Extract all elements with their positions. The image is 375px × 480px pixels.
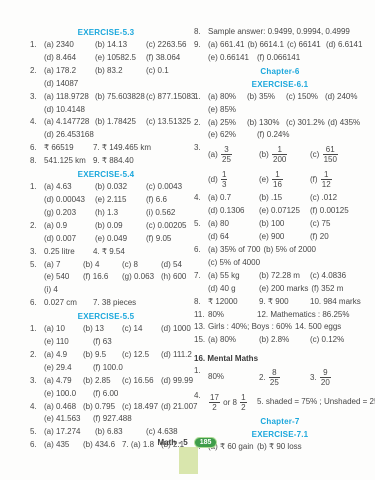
answer-cell: 80% — [208, 309, 254, 322]
answer-item: 3.(a) 325(b) 1200(c) 61150(d) 13(e) 116(… — [194, 142, 366, 192]
answer-row: (e) 29.4(f) 100.0 — [44, 362, 182, 375]
answer-cell: (c) 2263.56 — [146, 39, 182, 52]
answer-cell: (b) 1.78425 — [95, 116, 143, 129]
answer-rows: (a) 25%(b) 130%(c) 301.2%(d) 435%(e) 62%… — [208, 117, 366, 143]
answer-rows: (a) 7(b) 4(c) 8(d) 54(e) 540(f) 16.6(g) … — [44, 259, 182, 298]
answer-cell: (g) 0.063 — [122, 271, 158, 284]
answer-key-page: EXERCISE-5.31.(a) 2340(b) 14.13(c) 2263.… — [0, 0, 375, 480]
bottom-tab-strip — [179, 447, 198, 474]
item-number: 8. — [30, 155, 44, 168]
answer-row: (a) 4.63(b) 0.032(c) 0.0043 — [44, 181, 182, 194]
item-number: 1. — [30, 323, 44, 349]
item-number: 1. — [30, 181, 44, 220]
page-footer: Math - 5 185 — [0, 437, 375, 448]
answer-cell: (b) 75.603828 — [95, 91, 143, 104]
answer-cell: (c) 66141 — [287, 39, 323, 52]
answer-item: 4.(a) 0.7(b) .15(c) .012(d) 0.1306(e) 0.… — [194, 192, 366, 218]
answer-cell: (d) 26.453168 — [44, 129, 94, 142]
answer-cell: 9. ₹ 900 — [259, 296, 307, 309]
answer-rows: (a) 661.41(b) 6614.1(c) 66141(d) 6.6141(… — [208, 39, 366, 65]
answer-row: (d) 40 g(e) 200 marks(f) 352 m — [208, 283, 366, 296]
item-number: 9. — [194, 39, 208, 65]
answer-rows: 172 or 8 125. shaded = 75% ; Unshaded = … — [208, 390, 366, 415]
answer-cell: (h) 1.3 — [95, 207, 143, 220]
answer-cell: (f) 63 — [93, 336, 112, 349]
answer-cell: (a) 0.468 — [44, 401, 80, 414]
answer-row: 172 or 8 125. shaded = 75% ; Unshaded = … — [208, 390, 366, 415]
answer-cell: (a) 661.41 — [208, 39, 244, 52]
answer-cell: (a) 35% of 700 — [208, 244, 260, 257]
answer-row: ₹ 120009. ₹ 90010. 984 marks — [208, 296, 366, 309]
answer-cell: (c) 4.0836 — [310, 270, 346, 283]
answer-cell: (d) 40 g — [208, 283, 256, 296]
item-number: 6. — [194, 244, 208, 270]
answer-cell: (d) 6.6141 — [326, 39, 362, 52]
fraction: 325 — [221, 145, 232, 164]
item-number: 4. — [30, 116, 44, 142]
answer-item: 1.(a) 2340(b) 14.13(c) 2263.56(d) 8.464(… — [30, 39, 182, 65]
answer-cell: (d) 1000 — [161, 323, 182, 336]
item-number: 4. — [194, 192, 208, 218]
answer-row: (a) 0.7(b) .15(c) .012 — [208, 192, 366, 205]
answer-cell: (c) 301.2% — [286, 117, 325, 130]
answer-row: (d) 0.007(e) 0.049(f) 9.05 — [44, 233, 182, 246]
answer-cell: (f) 0.00125 — [310, 205, 349, 218]
answer-row: (e) 62%(f) 0.24% — [208, 129, 366, 142]
answer-cell: (c) 14 — [122, 323, 158, 336]
answer-cell: (e) 110 — [44, 336, 90, 349]
answer-row: (d) 0.00043(e) 2.115(f) 6.6 — [44, 194, 182, 207]
answer-rows: (a) 2340(b) 14.13(c) 2263.56(d) 8.464(e)… — [44, 39, 182, 65]
answer-row: Girls : 40%; Boys : 60%14. 500 eggs — [208, 321, 366, 334]
answer-cell: (a) 10 — [44, 323, 80, 336]
item-number: 3. — [30, 375, 44, 401]
answer-cell: (b) 72.28 m — [259, 270, 307, 283]
answer-cell: (a) 4.9 — [44, 349, 80, 362]
answer-row: (d) 0.1306(e) 0.07125(f) 0.00125 — [208, 205, 366, 218]
answer-cell: (c) 61150 — [310, 145, 339, 164]
answer-row: (a) 55 kg(b) 72.28 m(c) 4.0836 — [208, 270, 366, 283]
answer-cell: (e) 41.563 — [44, 413, 90, 426]
answer-rows: Girls : 40%; Boys : 60%14. 500 eggs — [208, 321, 366, 334]
answer-rows: (a) 178.2(b) 83.2(c) 0.1(d) 14087 — [44, 65, 182, 91]
answer-cell: (a) 4.147728 — [44, 116, 92, 129]
answer-row: (i) 4 — [44, 284, 182, 297]
answer-item: 1.80%2. 8253. 920 — [194, 365, 366, 390]
answer-cell: (a) 2340 — [44, 39, 92, 52]
answer-row: (a) 80%(b) 35%(c) 150%(d) 240% — [208, 91, 366, 104]
item-number: 1. — [194, 365, 208, 390]
answer-cell: (a) 0.9 — [44, 220, 92, 233]
answer-cell: (d) 8.464 — [44, 52, 92, 65]
answer-rows: ₹ 665197. ₹ 149.465 km — [44, 142, 182, 155]
answer-cell: (b) 2.8% — [259, 334, 307, 347]
answer-rows: 80%2. 8253. 920 — [208, 365, 366, 390]
answer-cell: (a) 80% — [208, 334, 256, 347]
answer-cell: (e) 2.115 — [95, 194, 143, 207]
answer-rows: (a) 80(b) 100(c) 75(d) 64(e) 900(f) 20 — [208, 218, 366, 244]
answer-cell: (h) 600 — [161, 271, 182, 284]
answer-item: 5.(a) 7(b) 4(c) 8(d) 54(e) 540(f) 16.6(g… — [30, 259, 182, 298]
answer-item: 1.(a) 10(b) 13(c) 14(d) 1000(e) 110(f) 6… — [30, 323, 182, 349]
answer-cell: 0.027 cm — [44, 297, 90, 310]
answer-item: 4.(a) 0.468(b) 0.795(c) 18.497(d) 21.007… — [30, 401, 182, 427]
answer-cell: (d) 54 — [161, 259, 182, 272]
answer-cell: 3. 920 — [310, 368, 332, 387]
answer-cell: (f) 100.0 — [93, 362, 123, 375]
answer-cell: 9. ₹ 884.40 — [93, 155, 134, 168]
answer-item: 7.(a) 55 kg(b) 72.28 m(c) 4.0836(d) 40 g… — [194, 270, 366, 296]
fraction: 61150 — [323, 145, 338, 164]
answer-row: (e) 85% — [208, 104, 366, 117]
answer-cell: (d) 111.2 — [161, 349, 182, 362]
answer-cell: (c) 0.0043 — [146, 181, 182, 194]
item-number: 3. — [30, 246, 44, 259]
answer-cell: (d) 14087 — [44, 78, 78, 91]
answer-row: (a) 4.147728(b) 1.78425(c) 13.51325 — [44, 116, 182, 129]
answer-row: (a) 118.9728(b) 75.603828(c) 877.15083 — [44, 91, 182, 104]
answer-cell: (e) 29.4 — [44, 362, 90, 375]
answer-item: 11.80%12. Mathematics : 86.25% — [194, 309, 366, 322]
answer-row: (a) 4.9(b) 9.5(c) 12.5(d) 111.2 — [44, 349, 182, 362]
two-column-layout: EXERCISE-5.31.(a) 2340(b) 14.13(c) 2263.… — [0, 0, 375, 454]
answer-row: (d) 13(e) 116(f) 112 — [208, 167, 366, 192]
answers-column-right: 8.Sample answer: 0.9499, 0.9994, 0.49999… — [194, 26, 366, 454]
answer-cell: (f) 112 — [310, 170, 333, 189]
answer-item: 6.(a) 35% of 700(b) 5% of 2000(c) 5% of … — [194, 244, 366, 270]
exercise-heading: EXERCISE-5.5 — [30, 310, 182, 323]
answer-cell: (f) 6.00 — [93, 388, 118, 401]
exercise-heading: Chapter-6 — [194, 65, 366, 78]
answer-row: (a) 0.9(b) 0.09(c) 0.00205 — [44, 220, 182, 233]
section-heading: 16. Mental Maths — [194, 352, 366, 365]
item-number: 6. — [30, 297, 44, 310]
answer-cell: (b) 2.85 — [83, 375, 119, 388]
answer-cell: (a) 0.7 — [208, 192, 256, 205]
answer-row: (a) 0.468(b) 0.795(c) 18.497(d) 21.007 — [44, 401, 182, 414]
item-number: 8. — [194, 26, 208, 39]
item-number: 3. — [30, 91, 44, 117]
answer-cell: 4. ₹ 9.54 — [93, 246, 125, 259]
answer-row: Sample answer: 0.9499, 0.9994, 0.4999 — [208, 26, 366, 39]
answer-cell: 172 or 8 12 — [208, 393, 254, 412]
answer-cell: (a) 4.63 — [44, 181, 92, 194]
answer-row: 541.125 km9. ₹ 884.40 — [44, 155, 182, 168]
answer-item: 1.(a) 4.63(b) 0.032(c) 0.0043(d) 0.00043… — [30, 181, 182, 220]
item-number: 3. — [194, 142, 208, 192]
answer-cell: (f) 38.064 — [146, 52, 180, 65]
answer-row: (a) 2340(b) 14.13(c) 2263.56 — [44, 39, 182, 52]
answer-cell: (a) 178.2 — [44, 65, 92, 78]
answer-row: 0.25 litre4. ₹ 9.54 — [44, 246, 182, 259]
exercise-heading: EXERCISE-5.3 — [30, 26, 182, 39]
exercise-heading: Chapter-7 — [194, 415, 366, 428]
answer-cell: (c) 877.15083 — [146, 91, 182, 104]
answer-rows: (a) 10(b) 13(c) 14(d) 1000(e) 110(f) 63 — [44, 323, 182, 349]
answer-item: 3.0.25 litre4. ₹ 9.54 — [30, 246, 182, 259]
answer-row: (a) 25%(b) 130%(c) 301.2%(d) 435% — [208, 117, 366, 130]
answer-cell: 2. 825 — [259, 368, 307, 387]
item-number: 13. — [194, 321, 208, 334]
answer-cell: (b) 5% of 2000 — [263, 244, 315, 257]
answer-row: (d) 10.4148 — [44, 104, 182, 117]
answer-item: 2.(a) 4.9(b) 9.5(c) 12.5(d) 111.2(e) 29.… — [30, 349, 182, 375]
answer-row: (a) 178.2(b) 83.2(c) 0.1 — [44, 65, 182, 78]
answer-cell: (b) .15 — [259, 192, 307, 205]
item-number: 2. — [30, 220, 44, 246]
answer-cell: (b) 83.2 — [95, 65, 143, 78]
exercise-heading: EXERCISE-5.4 — [30, 168, 182, 181]
answer-row: (e) 41.563(f) 927.488 — [44, 413, 182, 426]
answer-rows: 80%12. Mathematics : 86.25% — [208, 309, 366, 322]
fraction: 116 — [272, 170, 283, 189]
answer-cell: (c) 13.51325 — [146, 116, 182, 129]
exercise-heading: EXERCISE-6.1 — [194, 78, 366, 91]
item-number: 1. — [194, 91, 208, 117]
item-number: 15. — [194, 334, 208, 347]
answer-row: (a) 10(b) 13(c) 14(d) 1000 — [44, 323, 182, 336]
answer-cell: (c) .012 — [310, 192, 337, 205]
answer-row: 80%12. Mathematics : 86.25% — [208, 309, 366, 322]
answer-item: 6.₹ 665197. ₹ 149.465 km — [30, 142, 182, 155]
answer-cell: 80% — [208, 371, 256, 384]
answer-cell: (b) 100 — [259, 218, 307, 231]
answer-cell: (c) 16.56 — [122, 375, 158, 388]
answer-row: (e) 110(f) 63 — [44, 336, 182, 349]
answer-rows: (a) 325(b) 1200(c) 61150(d) 13(e) 116(f)… — [208, 142, 366, 192]
answer-cell: (a) 25% — [208, 117, 244, 130]
answer-row: (d) 26.453168 — [44, 129, 182, 142]
answer-cell: (b) 14.13 — [95, 39, 143, 52]
answer-item: 4.172 or 8 125. shaded = 75% ; Unshaded … — [194, 390, 366, 415]
answer-cell: (e) 0.07125 — [259, 205, 307, 218]
fraction: 825 — [269, 368, 280, 387]
answer-cell: (e) 85% — [208, 104, 236, 117]
answer-cell: (d) 10.4148 — [44, 104, 85, 117]
answer-row: (d) 14087 — [44, 78, 182, 91]
answer-cell: (c) 12.5 — [122, 349, 158, 362]
answer-cell: ₹ 12000 — [208, 296, 256, 309]
answer-cell: (d) 21.007 — [161, 401, 182, 414]
item-number: 4. — [30, 401, 44, 427]
answer-cell: (b) 35% — [247, 91, 283, 104]
answer-cell: (d) 64 — [208, 231, 256, 244]
fraction: 172 — [209, 393, 220, 412]
fraction: 1200 — [272, 145, 287, 164]
answer-row: (e) 100.0(f) 6.00 — [44, 388, 182, 401]
answer-item: 15.(a) 80%(b) 2.8%(c) 0.12% — [194, 334, 366, 347]
answer-cell: 12. Mathematics : 86.25% — [257, 309, 350, 322]
answer-rows: (a) 55 kg(b) 72.28 m(c) 4.0836(d) 40 g(e… — [208, 270, 366, 296]
item-number: 4. — [194, 390, 208, 415]
answer-item: 2.(a) 178.2(b) 83.2(c) 0.1(d) 14087 — [30, 65, 182, 91]
answer-row: (g) 0.203(h) 1.3(i) 0.562 — [44, 207, 182, 220]
answer-cell: (d) 240% — [325, 91, 357, 104]
answer-cell: (d) 13 — [208, 170, 256, 189]
answer-rows: (a) 0.7(b) .15(c) .012(d) 0.1306(e) 0.07… — [208, 192, 366, 218]
page-number-badge: 185 — [194, 437, 218, 448]
answer-cell: (i) 0.562 — [146, 207, 175, 220]
answer-row: (a) 661.41(b) 6614.1(c) 66141(d) 6.6141 — [208, 39, 366, 52]
answer-cell: (a) 118.9728 — [44, 91, 92, 104]
answer-row: (a) 80%(b) 2.8%(c) 0.12% — [208, 334, 366, 347]
answer-rows: 0.027 cm7. 38 pieces — [44, 297, 182, 310]
answer-cell: (a) 55 kg — [208, 270, 256, 283]
answer-item: 2.(a) 25%(b) 130%(c) 301.2%(d) 435%(e) 6… — [194, 117, 366, 143]
answer-cell: Girls : 40%; Boys : 60% — [208, 321, 292, 334]
answer-row: 0.027 cm7. 38 pieces — [44, 297, 182, 310]
answer-cell: (e) 0.049 — [95, 233, 143, 246]
answer-cell: (b) 130% — [247, 117, 283, 130]
answer-rows: (a) 35% of 700(b) 5% of 2000(c) 5% of 40… — [208, 244, 366, 270]
answer-cell: (c) 0.12% — [310, 334, 344, 347]
answer-cell: (e) 100.0 — [44, 388, 90, 401]
answer-cell: (c) 150% — [286, 91, 322, 104]
book-title: Math - 5 — [158, 438, 188, 447]
answer-cell: (d) 0.1306 — [208, 205, 256, 218]
answer-cell: (c) 5% of 4000 — [208, 257, 260, 270]
answer-item: 8.Sample answer: 0.9499, 0.9994, 0.4999 — [194, 26, 366, 39]
answer-rows: (a) 4.79(b) 2.85(c) 16.56(d) 99.99(e) 10… — [44, 375, 182, 401]
answer-cell: (d) 0.007 — [44, 233, 92, 246]
answer-cell: (f) 352 m — [311, 283, 343, 296]
answer-cell: 7. ₹ 149.465 km — [93, 142, 151, 155]
fraction: 12 — [240, 393, 246, 412]
answer-cell: (b) 0.795 — [83, 401, 119, 414]
answer-cell: (f) 0.24% — [257, 129, 289, 142]
answer-rows: (a) 4.9(b) 9.5(c) 12.5(d) 111.2(e) 29.4(… — [44, 349, 182, 375]
item-number: 5. — [194, 218, 208, 244]
answer-cell: (a) 80% — [208, 91, 244, 104]
answer-cell: (d) 0.00043 — [44, 194, 92, 207]
answers-column-left: EXERCISE-5.31.(a) 2340(b) 14.13(c) 2263.… — [30, 26, 182, 454]
answer-rows: (a) 80%(b) 35%(c) 150%(d) 240%(e) 85% — [208, 91, 366, 117]
answer-cell: (b) 1200 — [259, 145, 307, 164]
answer-cell: 14. 500 eggs — [295, 321, 341, 334]
answer-item: 5.(a) 80(b) 100(c) 75(d) 64(e) 900(f) 20 — [194, 218, 366, 244]
answer-row: (a) 35% of 700(b) 5% of 2000 — [208, 244, 366, 257]
answer-cell: (f) 927.488 — [93, 413, 132, 426]
answer-cell: (f) 6.6 — [146, 194, 167, 207]
answer-item: 9.(a) 661.41(b) 6614.1(c) 66141(d) 6.614… — [194, 39, 366, 65]
answer-cell: (b) 0.032 — [95, 181, 143, 194]
answer-cell: (b) 9.5 — [83, 349, 119, 362]
answer-cell: (g) 0.203 — [44, 207, 92, 220]
answer-cell: (c) 18.497 — [122, 401, 158, 414]
answer-row: 80%2. 8253. 920 — [208, 365, 366, 390]
fraction: 920 — [320, 368, 331, 387]
answer-row: ₹ 665197. ₹ 149.465 km — [44, 142, 182, 155]
answer-item: 3.(a) 4.79(b) 2.85(c) 16.56(d) 99.99(e) … — [30, 375, 182, 401]
answer-cell: ₹ 66519 — [44, 142, 90, 155]
answer-cell: 7. 38 pieces — [93, 297, 136, 310]
answer-row: (a) 80(b) 100(c) 75 — [208, 218, 366, 231]
answer-cell: (c) 75 — [310, 218, 330, 231]
answer-cell: (c) 0.00205 — [146, 220, 182, 233]
answer-cell: (f) 16.6 — [83, 271, 119, 284]
answer-row: (d) 64(e) 900(f) 20 — [208, 231, 366, 244]
answer-row: (a) 325(b) 1200(c) 61150 — [208, 142, 366, 167]
item-number: 2. — [30, 349, 44, 375]
answer-cell: (e) 116 — [259, 170, 307, 189]
answer-cell: (e) 540 — [44, 271, 80, 284]
answer-rows: (a) 80%(b) 2.8%(c) 0.12% — [208, 334, 366, 347]
answer-cell: (f) 20 — [310, 231, 329, 244]
answer-cell: (i) 4 — [44, 284, 58, 297]
answer-cell: (f) 0.066141 — [257, 52, 300, 65]
answer-cell: (b) 4 — [83, 259, 119, 272]
answer-rows: (a) 118.9728(b) 75.603828(c) 877.15083(d… — [44, 91, 182, 117]
item-number: 7. — [194, 270, 208, 296]
answer-rows: Sample answer: 0.9499, 0.9994, 0.4999 — [208, 26, 366, 39]
answer-cell: (a) 4.79 — [44, 375, 80, 388]
answer-item: 1.(a) 80%(b) 35%(c) 150%(d) 240%(e) 85% — [194, 91, 366, 117]
answer-cell: (d) 99.99 — [161, 375, 182, 388]
answer-row: (c) 5% of 4000 — [208, 257, 366, 270]
answer-cell: (a) 7 — [44, 259, 80, 272]
answer-cell: (e) 10582.5 — [95, 52, 143, 65]
answer-cell: (a) 80 — [208, 218, 256, 231]
answer-cell: 10. 984 marks — [310, 296, 361, 309]
answer-rows: (a) 4.147728(b) 1.78425(c) 13.51325(d) 2… — [44, 116, 182, 142]
item-number: 11. — [194, 309, 208, 322]
answer-cell: (c) 8 — [122, 259, 158, 272]
answer-cell: (e) 0.66141 — [208, 52, 254, 65]
answer-row: (a) 7(b) 4(c) 8(d) 54 — [44, 259, 182, 272]
answer-row: (d) 8.464(e) 10582.5(f) 38.064 — [44, 52, 182, 65]
answer-cell: (c) 0.1 — [146, 65, 169, 78]
answer-cell: 0.25 litre — [44, 246, 90, 259]
item-number: 2. — [194, 117, 208, 143]
answer-cell: 541.125 km — [44, 155, 90, 168]
answer-item: 3.(a) 118.9728(b) 75.603828(c) 877.15083… — [30, 91, 182, 117]
answer-cell: (e) 900 — [259, 231, 307, 244]
item-number: 2. — [30, 65, 44, 91]
answer-item: 13.Girls : 40%; Boys : 60%14. 500 eggs — [194, 321, 366, 334]
answer-cell: (b) 13 — [83, 323, 119, 336]
answer-cell: (b) 6614.1 — [247, 39, 283, 52]
answer-item: 2.(a) 0.9(b) 0.09(c) 0.00205(d) 0.007(e)… — [30, 220, 182, 246]
answer-item: 8.₹ 120009. ₹ 90010. 984 marks — [194, 296, 366, 309]
answer-cell: Sample answer: 0.9499, 0.9994, 0.4999 — [208, 26, 350, 39]
answer-rows: ₹ 120009. ₹ 90010. 984 marks — [208, 296, 366, 309]
item-number: 8. — [194, 296, 208, 309]
answer-rows: (a) 0.9(b) 0.09(c) 0.00205(d) 0.007(e) 0… — [44, 220, 182, 246]
answer-cell: (b) 0.09 — [95, 220, 143, 233]
answer-cell: 5. shaded = 75% ; Unshaded = 25% — [257, 396, 366, 409]
answer-row: (a) 4.79(b) 2.85(c) 16.56(d) 99.99 — [44, 375, 182, 388]
fraction: 112 — [321, 170, 332, 189]
answer-cell: (d) 435% — [328, 117, 360, 130]
item-number: 1. — [30, 39, 44, 65]
fraction: 13 — [221, 170, 227, 189]
answer-cell: (a) 325 — [208, 145, 256, 164]
answer-cell: (e) 200 marks — [259, 283, 308, 296]
answer-rows: 541.125 km9. ₹ 884.40 — [44, 155, 182, 168]
answer-item: 8.541.125 km9. ₹ 884.40 — [30, 155, 182, 168]
answer-rows: 0.25 litre4. ₹ 9.54 — [44, 246, 182, 259]
answer-cell: (e) 62% — [208, 129, 254, 142]
answer-row: (e) 540(f) 16.6(g) 0.063(h) 600 — [44, 271, 182, 284]
answer-cell: (f) 9.05 — [146, 233, 171, 246]
answer-rows: (a) 4.63(b) 0.032(c) 0.0043(d) 0.00043(e… — [44, 181, 182, 220]
answer-rows: (a) 0.468(b) 0.795(c) 18.497(d) 21.007(e… — [44, 401, 182, 427]
answer-item: 4.(a) 4.147728(b) 1.78425(c) 13.51325(d)… — [30, 116, 182, 142]
item-number: 6. — [30, 142, 44, 155]
item-number: 5. — [30, 259, 44, 298]
answer-row: (e) 0.66141(f) 0.066141 — [208, 52, 366, 65]
answer-item: 6.0.027 cm7. 38 pieces — [30, 297, 182, 310]
